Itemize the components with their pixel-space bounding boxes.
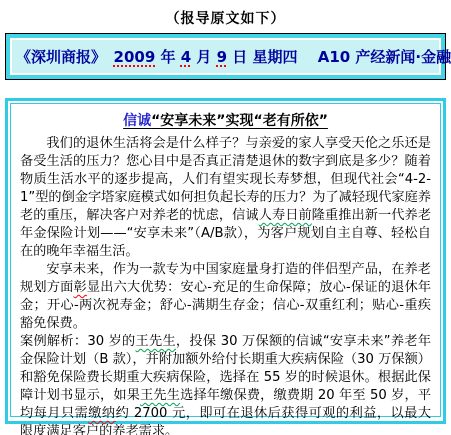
text-run: 《深圳商报》 (16, 48, 114, 66)
text-run: “安享未来”实现“老有所依” (151, 113, 328, 129)
article-paragraph: 安享未来，作为一款专为中国家庭量身打造的伴侣型产品，在养老规划方面彰显出六大优势… (20, 261, 431, 333)
text-run: 日 星期四 A10 产经新闻·金融 (227, 48, 451, 66)
text-run: 人寿日前 (259, 208, 312, 223)
text-run: 9 (217, 48, 227, 66)
text-run: 彰 (74, 280, 87, 295)
page: （报导原文如下） 《深圳商报》 2009 年 4 月 9 日 星期四 A10 产… (0, 0, 451, 424)
newspaper-header-box: 《深圳商报》 2009 年 4 月 9 日 星期四 A10 产经新闻·金融 (5, 33, 446, 80)
text-run: 案例解析：30 岁的 (20, 334, 136, 349)
article-paragraph: 案例解析：30 岁的王先生，投保 30 万保额的信诚“安享未来”养老年金保险计划… (20, 333, 431, 435)
newspaper-header-text: 《深圳商报》 2009 年 4 月 9 日 星期四 A10 产经新闻·金融 (10, 38, 441, 75)
article: 信诚“安享未来”实现“老有所依” 我们的退休生活将会是什么样子？与亲爱的家人享受… (10, 103, 441, 417)
article-box: 信诚“安享未来”实现“老有所依” 我们的退休生活将会是什么样子？与亲爱的家人享受… (5, 98, 446, 424)
text-run: 年 (155, 48, 180, 66)
article-paragraph: 我们的退休生活将会是什么样子？与亲爱的家人享受天伦之乐还是备受生活的压力？您心目… (20, 135, 431, 261)
text-run: 王先生 (136, 334, 176, 349)
text-run: 4 (181, 48, 191, 66)
article-body: 我们的退休生活将会是什么样子？与亲爱的家人享受天伦之乐还是备受生活的压力？您心目… (20, 135, 431, 435)
text-run: 王先生 (140, 388, 180, 403)
page-caption: （报导原文如下） (0, 0, 451, 28)
text-run: 2009 (114, 48, 156, 66)
text-run: 信诚 (123, 113, 151, 129)
article-title: 信诚“安享未来”实现“老有所依” (20, 110, 431, 130)
text-run: 缴纳 (88, 406, 115, 421)
text-run: 月 (191, 48, 216, 66)
